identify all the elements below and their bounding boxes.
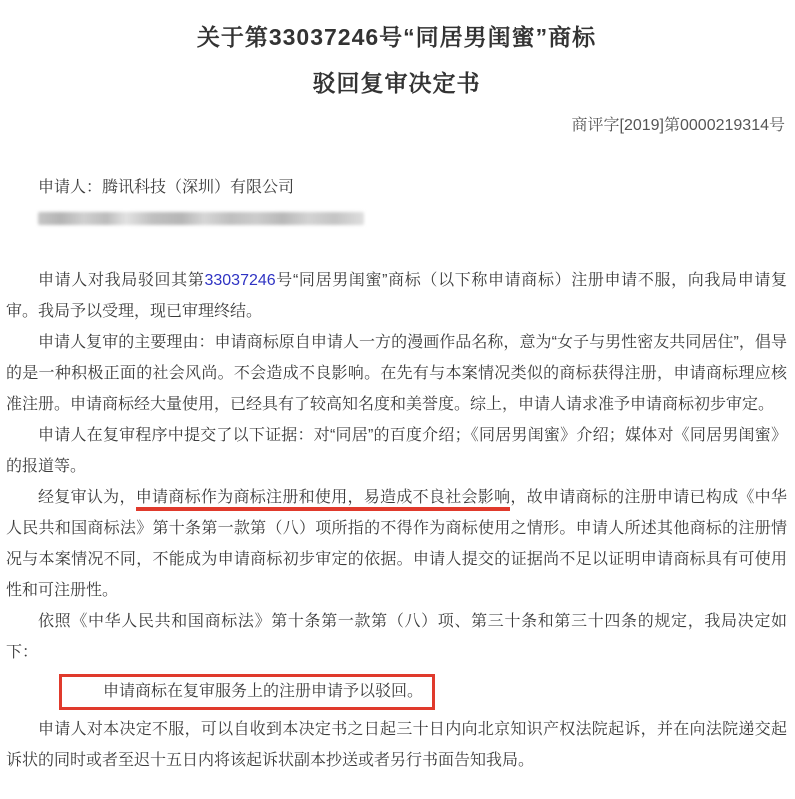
paragraph-evidence: 申请人在复审程序中提交了以下证据：对“同居”的百度介绍；《同居男闺蜜》介绍；媒体… <box>6 420 787 482</box>
reference-number: 商评字[2019]第0000219314号 <box>6 112 787 135</box>
document-title-line2: 驳回复审决定书 <box>6 60 787 106</box>
document-body: 申请人对我局驳回其第33037246号“同居男闺蜜”商标（以下称申请商标）注册申… <box>6 265 787 776</box>
paragraph-findings: 经复审认为，申请商标作为商标注册和使用，易造成不良社会影响，故申请商标的注册申请… <box>6 482 787 606</box>
applicant-line: 申请人：腾讯科技（深圳）有限公司 <box>6 177 787 199</box>
paragraph-case-intro: 申请人对我局驳回其第33037246号“同居男闺蜜”商标（以下称申请商标）注册申… <box>6 265 787 327</box>
paragraph-text: 申请人对我局驳回其第 <box>38 272 204 289</box>
decision-red-box: 申请商标在复审服务上的注册申请予以驳回。 <box>59 674 435 710</box>
paragraph-appeal-rights: 申请人对本决定不服，可以自收到本决定书之日起三十日内向北京知识产权法院起诉，并在… <box>6 714 787 776</box>
paragraph-review-reasons: 申请人复审的主要理由：申请商标原自申请人一方的漫画作品名称，意为“女子与男性密友… <box>6 327 787 420</box>
trademark-number-link[interactable]: 33037246 <box>204 272 275 289</box>
document-title-line1: 关于第33037246号“同居男闺蜜”商标 <box>6 14 787 60</box>
paragraph-legal-basis: 依照《中华人民共和国商标法》第十条第一款第（八）项、第三十条和第三十四条的规定，… <box>6 606 787 668</box>
decision-document-page: 关于第33037246号“同居男闺蜜”商标 驳回复审决定书 商评字[2019]第… <box>0 0 795 799</box>
paragraph-text: 经复审认为， <box>38 489 136 506</box>
document-title: 关于第33037246号“同居男闺蜜”商标 驳回复审决定书 <box>6 14 787 106</box>
paragraph-decision: 申请商标在复审服务上的注册申请予以驳回。 <box>6 674 787 710</box>
red-underlined-highlight: 申请商标作为商标注册和使用，易造成不良社会影响 <box>136 489 511 511</box>
redacted-applicant-address <box>38 212 364 225</box>
